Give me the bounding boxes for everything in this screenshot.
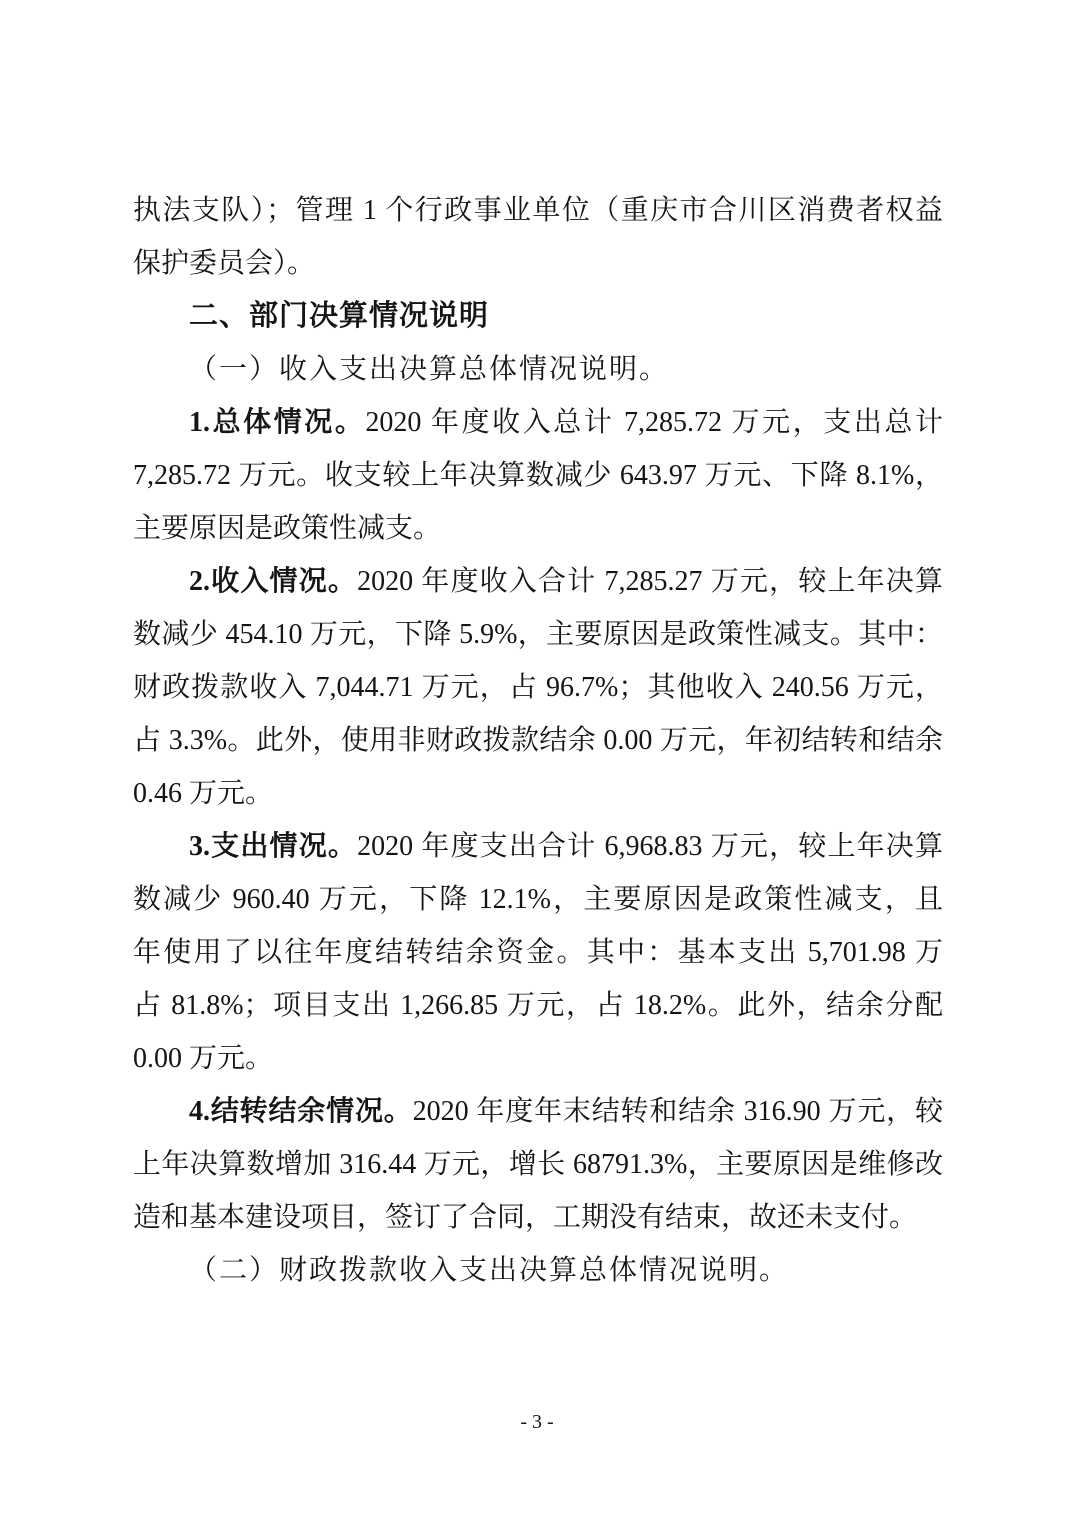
text-line: 占 81.8%；项目支出 1,266.85 万元，占 18.2%。此外，结余分配 [133, 979, 943, 1032]
section-heading-text: 二、部门决算情况说明 [189, 300, 489, 332]
body-text: 占 81.8%；项目支出 1,266.85 万元，占 18.2%。此外，结余分配 [133, 990, 943, 1021]
body-text: 2020 年度年末结转和结余 316.90 万元，较 [413, 1096, 943, 1127]
text-line: 0.46 万元。 [133, 767, 943, 820]
text-line: 3.支出情况。2020 年度支出合计 6,968.83 万元，较上年决算 [133, 820, 943, 873]
body-text: 上年决算数增加 316.44 万元，增长 68791.3%，主要原因是维修改 [133, 1149, 943, 1180]
body-text: 7,285.72 万元。收支较上年决算数减少 643.97 万元、下降 8.1%… [133, 460, 943, 491]
body-text: 2020 年度支出合计 6,968.83 万元，较上年决算 [357, 831, 943, 862]
text-line: （二）财政拨款收入支出决算总体情况说明。 [133, 1244, 943, 1297]
text-line: 数减少 454.10 万元，下降 5.9%，主要原因是政策性减支。其中： [133, 608, 943, 661]
body-text: 数减少 960.40 万元，下降 12.1%，主要原因是政策性减支，且 2019 [133, 884, 943, 926]
item-label-text: 1.总体情况。 [189, 407, 365, 438]
document-lines: 执法支队）；管理 1 个行政事业单位（重庆市合川区消费者权益保护委员会）。二、部… [133, 184, 943, 1297]
text-line: 执法支队）；管理 1 个行政事业单位（重庆市合川区消费者权益 [133, 184, 943, 237]
subsection-heading-text: （二）财政拨款收入支出决算总体情况说明。 [189, 1255, 789, 1286]
body-text: 造和基本建设项目，签订了合同，工期没有结束，故还未支付。 [133, 1202, 917, 1233]
body-text: 0.00 万元。 [133, 1043, 273, 1074]
body-text: 2020 年度收入合计 7,285.27 万元，较上年决算 [357, 566, 943, 597]
body-text: 主要原因是政策性减支。 [133, 513, 441, 544]
body-text: 执法支队）；管理 1 个行政事业单位（重庆市合川区消费者权益 [133, 195, 943, 226]
text-line: （一）收入支出决算总体情况说明。 [133, 343, 943, 396]
body-text: 保护委员会）。 [133, 248, 315, 279]
item-label-text: 2.收入情况。 [189, 566, 357, 597]
body-text: 2020 年度收入总计 7,285.72 万元，支出总计 [365, 407, 943, 438]
text-line: 0.00 万元。 [133, 1032, 943, 1085]
item-label-text: 4.结转结余情况。 [189, 1096, 413, 1127]
text-line: 上年决算数增加 316.44 万元，增长 68791.3%，主要原因是维修改 [133, 1138, 943, 1191]
text-line: 二、部门决算情况说明 [133, 290, 943, 343]
subsection-heading-text: （一）收入支出决算总体情况说明。 [189, 354, 669, 385]
page-number: - 3 - [0, 1402, 1074, 1442]
text-line: 保护委员会）。 [133, 237, 943, 290]
item-label-text: 3.支出情况。 [189, 831, 357, 862]
text-line: 造和基本建设项目，签订了合同，工期没有结束，故还未支付。 [133, 1191, 943, 1244]
text-line: 年使用了以往年度结转结余资金。其中：基本支出 5,701.98 万元， [133, 926, 943, 979]
body-text: 数减少 454.10 万元，下降 5.9%，主要原因是政策性减支。其中： [133, 619, 943, 650]
document-page: 执法支队）；管理 1 个行政事业单位（重庆市合川区消费者权益保护委员会）。二、部… [0, 0, 1074, 1520]
text-line: 7,285.72 万元。收支较上年决算数减少 643.97 万元、下降 8.1%… [133, 449, 943, 502]
text-line: 数减少 960.40 万元，下降 12.1%，主要原因是政策性减支，且 2019 [133, 873, 943, 926]
text-line: 占 3.3%。此外，使用非财政拨款结余 0.00 万元，年初结转和结余 [133, 714, 943, 767]
body-text: 年使用了以往年度结转结余资金。其中：基本支出 5,701.98 万元， [133, 937, 943, 979]
body-text: 占 3.3%。此外，使用非财政拨款结余 0.00 万元，年初结转和结余 [133, 725, 943, 756]
body-text: 财政拨款收入 7,044.71 万元，占 96.7%；其他收入 240.56 万… [133, 672, 943, 703]
text-line: 1.总体情况。2020 年度收入总计 7,285.72 万元，支出总计 [133, 396, 943, 449]
text-line: 4.结转结余情况。2020 年度年末结转和结余 316.90 万元，较 [133, 1085, 943, 1138]
text-line: 主要原因是政策性减支。 [133, 502, 943, 555]
text-line: 财政拨款收入 7,044.71 万元，占 96.7%；其他收入 240.56 万… [133, 661, 943, 714]
body-text: 0.46 万元。 [133, 778, 273, 809]
text-line: 2.收入情况。2020 年度收入合计 7,285.27 万元，较上年决算 [133, 555, 943, 608]
